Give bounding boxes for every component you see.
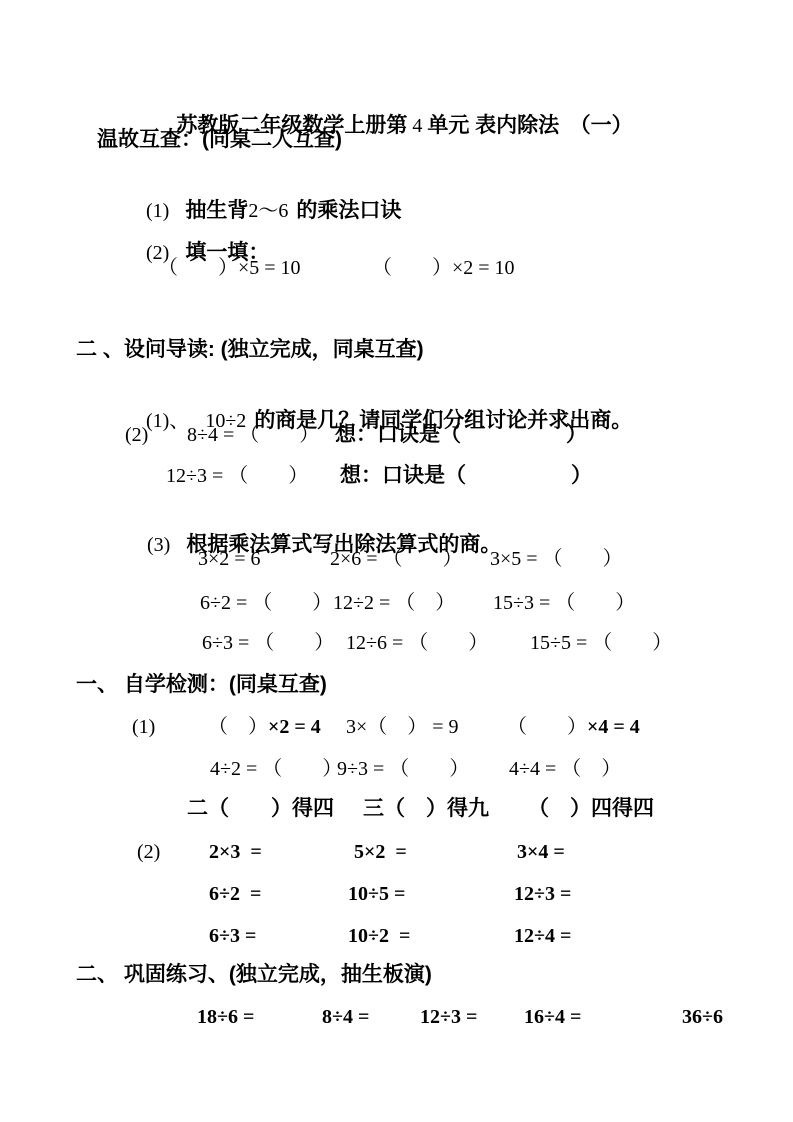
equation: （ ）	[507, 716, 587, 738]
kouji-blank-3: （ ）四得四	[528, 795, 654, 823]
equation: ×2 = 4	[268, 716, 321, 738]
equation: 16÷4 =	[524, 1003, 581, 1031]
worksheet-page: 苏教版二年级数学上册第 4 单元 表内除法 （一） 温故互查：(同桌二人互查) …	[0, 0, 793, 1122]
equation: 15÷3 = （ ）	[493, 589, 635, 617]
selftest-row-1: (1) （ ）×2 = 4 3×（ ） = 9 （ ）×4 = 4	[0, 713, 793, 741]
section-review-heading: 温故互查：(同桌二人互查)	[97, 126, 342, 154]
guided-q3-equation: 12÷3 = （ ）	[166, 462, 308, 490]
section-practice: 二、 巩固练习、(独立完成，抽生板演)	[0, 961, 793, 989]
equation: 2×3 =	[209, 838, 262, 866]
guided-q2: (2) 8÷4 = （ ） 想：口诀是（ ）	[0, 421, 793, 449]
fill-blank-equation-1: （ ）×5 = 10	[158, 254, 301, 282]
guided-row-1: 3×2 = 6 2×6 = （ ） 3×5 = （ ）	[0, 545, 793, 573]
guided-q2-label: (2)	[125, 421, 148, 449]
equation: 12÷2 = （ ）	[333, 589, 455, 617]
equation: 12÷6 = （ ）	[346, 629, 488, 657]
equation: 12÷3 =	[420, 1003, 477, 1031]
equation: 36÷6	[682, 1003, 723, 1031]
equation: 12÷3 =	[514, 880, 571, 908]
guided-q1: (1)、10÷2的商是几？请同学们分组讨论并求出商。	[0, 379, 793, 407]
equation: 2×6 = （ ）	[330, 545, 463, 573]
equation: 18÷6 =	[197, 1003, 254, 1031]
guided-q2-equation: 8÷4 = （ ）	[187, 421, 319, 449]
practice-row: 18÷6 = 8÷4 = 12÷3 = 16÷4 = 36÷6	[0, 1003, 793, 1031]
equation: 10÷5 =	[348, 880, 405, 908]
equation: 4÷4 = （ ）	[509, 755, 621, 783]
section-selftest: 一、 自学检测：(同桌互查)	[0, 671, 793, 699]
equation: 6÷2 = （ ）	[200, 589, 332, 617]
selftest-row-3: (2) 2×3 = 5×2 = 3×4 =	[0, 838, 793, 866]
selftest-row-5: 6÷3 = 10÷2 = 12÷4 =	[0, 922, 793, 950]
equation: 6÷3 = （ ）	[202, 629, 334, 657]
equation: 8÷4 =	[322, 1003, 369, 1031]
equation: 3×5 = （ ）	[490, 545, 623, 573]
equation: （ ）	[208, 716, 268, 738]
equation: 12÷4 =	[514, 922, 571, 950]
selftest-p1-label: (1)	[132, 713, 155, 741]
guided-row-3: 6÷3 = （ ） 12÷6 = （ ） 15÷5 = （ ）	[0, 629, 793, 657]
equation: 6÷2 =	[209, 880, 261, 908]
equation: 3×2 = 6	[198, 545, 261, 573]
selftest-row-2: 4÷2 = （ ） 9÷3 = （ ） 4÷4 = （ ）	[0, 755, 793, 783]
selftest-row-4: 6÷2 = 10÷5 = 12÷3 =	[0, 880, 793, 908]
review-fill-row: （ ）×5 = 10 （ ）×2 = 10	[0, 254, 793, 282]
guided-q4: (3)根据乘法算式写出除法算式的商。	[0, 503, 793, 531]
equation: 15÷5 = （ ）	[530, 629, 672, 657]
equation: 3×4 =	[517, 838, 565, 866]
fill-blank-equation-2: （ ）×2 = 10	[372, 254, 515, 282]
equation: ×4 = 4	[587, 716, 640, 738]
guided-q3-hint: 想：口诀是（ ）	[340, 462, 592, 490]
review-item-2: (2)填一填：	[0, 211, 793, 239]
selftest-p3-label: (2)	[137, 838, 160, 866]
equation: 6÷3 =	[209, 922, 256, 950]
guided-q3: 12÷3 = （ ） 想：口诀是（ ）	[0, 462, 793, 490]
equation: 9÷3 = （ ）	[337, 755, 469, 783]
guided-row-2: 6÷2 = （ ） 12÷2 = （ ） 15÷3 = （ ）	[0, 589, 793, 617]
equation: 5×2 =	[354, 838, 407, 866]
equation: 10÷2 =	[348, 922, 410, 950]
section-practice-heading: 二、 巩固练习、(独立完成，抽生板演)	[76, 961, 432, 989]
kouji-blank-2: 三（ ）得九	[363, 795, 489, 823]
selftest-kouji-row: 二（ ）得四 三（ ）得九 （ ）四得四	[0, 795, 793, 823]
kouji-blank-1: 二（ ）得四	[187, 795, 334, 823]
section-review: 温故互查：(同桌二人互查)	[0, 126, 793, 154]
equation: 4÷2 = （ ）	[210, 755, 342, 783]
review-item-1: (1)抽生背2～6的乘法口诀	[0, 169, 793, 197]
guided-q2-hint: 想：口诀是（ ）	[335, 421, 587, 449]
section-guided: 二 、设问导读: (独立完成，同桌互查)	[0, 336, 793, 364]
equation: 3×（ ） = 9	[346, 713, 459, 741]
page-title: 苏教版二年级数学上册第 4 单元 表内除法 （一）	[0, 84, 793, 112]
section-guided-heading: 二 、设问导读: (独立完成，同桌互查)	[76, 336, 424, 364]
section-selftest-heading: 一、 自学检测：(同桌互查)	[76, 671, 327, 699]
